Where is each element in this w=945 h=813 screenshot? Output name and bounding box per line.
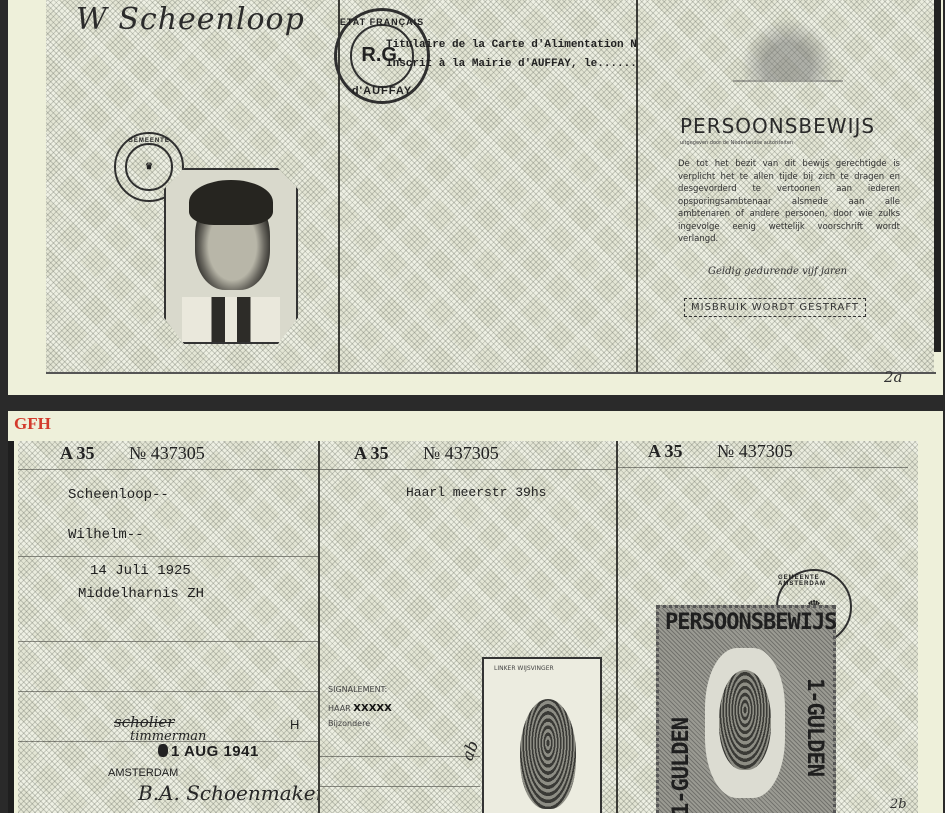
divider bbox=[18, 691, 318, 692]
birth-date: 14 Juli 1925 bbox=[90, 563, 191, 579]
edge-shadow bbox=[8, 441, 14, 813]
holder-photo bbox=[164, 168, 298, 344]
features-label: Bijzondere bbox=[328, 719, 370, 728]
photo-hair bbox=[189, 180, 272, 225]
address: Haarl meerstr 39hs bbox=[406, 485, 546, 500]
holder-signature: W Scheenloop bbox=[76, 2, 305, 37]
divider bbox=[320, 469, 616, 470]
stamp-text: GEMEENTE AMSTERDAM bbox=[778, 575, 850, 587]
serial-header: A 35 № 437305 bbox=[354, 443, 499, 464]
registration-line: Inscrit à la Mairie d'AUFFAY, le........… bbox=[386, 58, 657, 70]
hair-field: HAAR XXXXX bbox=[328, 703, 392, 714]
divider bbox=[320, 756, 480, 757]
fingerprint-icon bbox=[719, 670, 771, 770]
coat-of-arms-icon bbox=[733, 10, 843, 82]
bottom-right-panel: A 35 № 437305 ♛ GEMEENTE AMSTERDAM PERSO… bbox=[618, 441, 918, 813]
fingerprint-window bbox=[705, 648, 785, 798]
validity-note: Geldig gedurende vijf jaren bbox=[708, 266, 847, 277]
stamp-text: GEMEENTE bbox=[128, 138, 170, 144]
document-subtitle: uitgegeven door de Nederlandse autoritei… bbox=[680, 140, 793, 146]
edge-shadow bbox=[934, 0, 941, 352]
fingerprint-box: LINKER WIJSVINGER bbox=[482, 657, 602, 813]
stamp-ring-bottom: d'AUFFAY bbox=[352, 85, 412, 97]
page-number: 2a bbox=[884, 368, 903, 386]
initials: ab bbox=[458, 738, 483, 763]
french-rg-stamp-icon: ETAT FRANÇAIS R.G. d'AUFFAY bbox=[334, 8, 430, 104]
document-instructions: De tot het bezit van dit bewijs gerechti… bbox=[678, 158, 900, 246]
top-right-panel: PERSOONSBEWIJS uitgegeven door de Nederl… bbox=[638, 0, 934, 372]
given-names: Wilhelm-- bbox=[68, 527, 144, 543]
top-left-panel: W Scheenloop ♛ GEMEENTE bbox=[46, 0, 338, 372]
marks-letter: H bbox=[290, 717, 299, 732]
birth-place: Middelharnis ZH bbox=[78, 586, 204, 602]
fee-stamp-title: PERSOONSBEWIJS bbox=[665, 610, 836, 635]
official-signature: B.A. Schoenmaker bbox=[138, 781, 325, 805]
bottom-scan-page: GFH A 35 № 437305 Scheenloop-- Wilhelm--… bbox=[8, 411, 943, 813]
divider bbox=[320, 786, 480, 787]
top-scan-page: W Scheenloop ♛ GEMEENTE ETAT FRANÇAIS R.… bbox=[8, 0, 943, 395]
bottom-left-panel: A 35 № 437305 Scheenloop-- Wilhelm-- 14 … bbox=[18, 441, 318, 813]
fee-stamp-value-left: 1-GULDEN bbox=[669, 718, 694, 813]
fingerprint-label: LINKER WIJSVINGER bbox=[494, 665, 554, 672]
divider bbox=[18, 641, 318, 642]
divider bbox=[18, 556, 318, 557]
page-bottom-edge bbox=[46, 372, 936, 374]
bottom-middle-panel: A 35 № 437305 Haarl meerstr 39hs SIGNALE… bbox=[320, 441, 616, 813]
surname: Scheenloop-- bbox=[68, 487, 169, 503]
fingerprint-icon bbox=[520, 699, 576, 809]
source-mark: GFH bbox=[14, 414, 51, 434]
issue-date-stamp: 1 AUG 1941 bbox=[158, 743, 259, 760]
signalement-label: SIGNALEMENT: bbox=[328, 685, 387, 694]
photo-collar bbox=[182, 297, 281, 342]
divider bbox=[18, 469, 318, 470]
divider bbox=[618, 467, 908, 468]
crest-icon: ♛ bbox=[125, 143, 173, 191]
issue-city: AMSTERDAM bbox=[108, 767, 178, 779]
document-title: PERSOONSBEWIJS bbox=[680, 114, 875, 138]
stamp-ring-top: ETAT FRANÇAIS bbox=[340, 17, 424, 27]
misuse-warning: MISBRUIK WORDT GESTRAFT bbox=[684, 298, 866, 317]
page-number: 2b bbox=[890, 797, 907, 812]
fee-revenue-stamp: PERSOONSBEWIJS 1-GULDEN 1-GULDEN bbox=[656, 605, 836, 813]
stamp-blot-icon bbox=[158, 744, 168, 757]
occupation: timmerman bbox=[130, 729, 206, 744]
serial-header: A 35 № 437305 bbox=[648, 441, 793, 462]
top-middle-panel: ETAT FRANÇAIS R.G. d'AUFFAY Titulaire de… bbox=[340, 0, 636, 372]
fee-stamp-value-right: 1-GULDEN bbox=[802, 678, 827, 776]
serial-header: A 35 № 437305 bbox=[60, 443, 205, 464]
